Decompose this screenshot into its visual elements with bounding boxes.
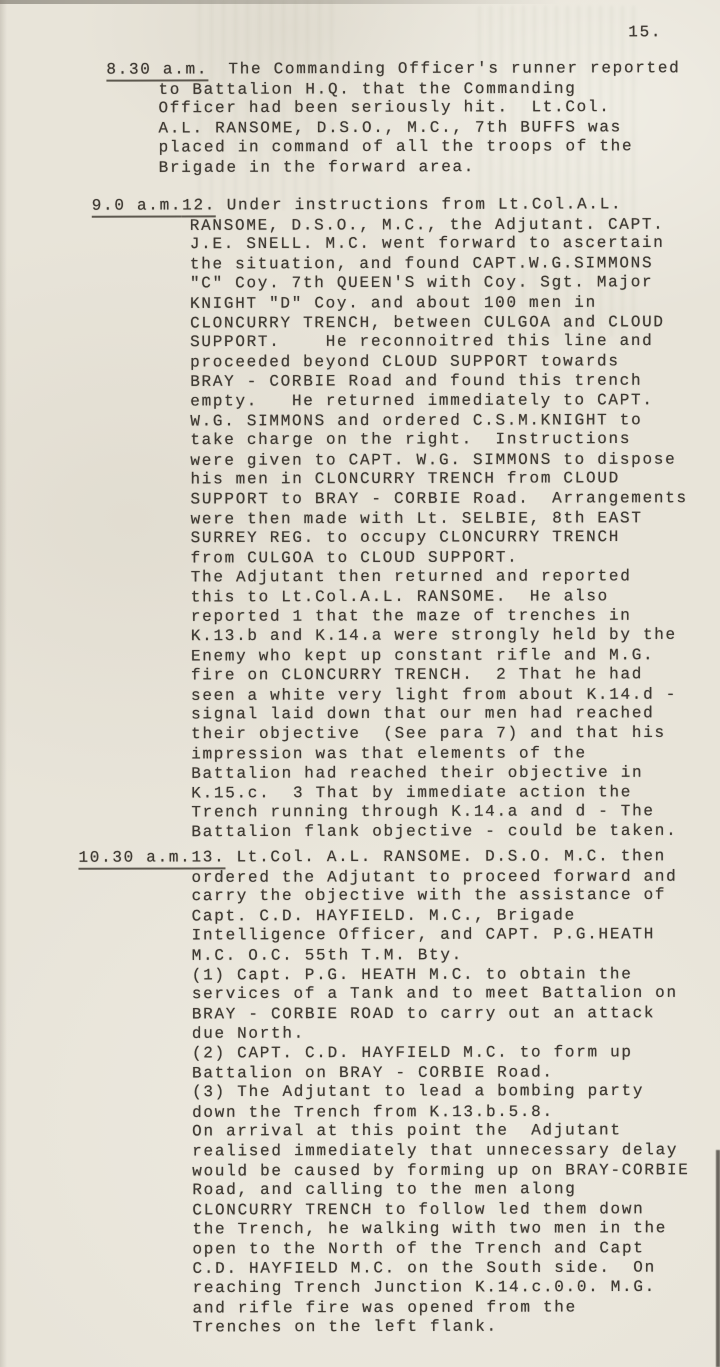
page-number: 15. [628,23,662,43]
entry-body: Under instructions from Lt.Col.A.L.RANSO… [190,195,720,843]
text-line: CLONCURRY TRENCH to follow led them down [192,1200,720,1221]
text-line: (2) CAPT. C.D. HAYFIELD M.C. to form up [192,1043,720,1064]
diary-entry: 10.30 a.m.13. Lt.Col. A.L. RANSOME. D.S.… [0,847,720,1339]
text-line: carry the objective with the assistance … [192,886,720,907]
text-line: SUPPORT. He reconnoitred this line and [190,332,719,353]
text-line: realised immediately that unnecessary de… [192,1141,720,1162]
text-line: empty. He returned immediately to CAPT. [190,391,719,412]
entry-para-number: 12. [182,196,216,217]
text-line: Battalion on BRAY - CORBIE Road. [192,1063,720,1084]
diary-entry: 8.30 a.m. The Commanding Officer's runne… [0,59,719,178]
text-line: reported 1 that the maze of trenches in [191,607,720,628]
text-line: and rifle fire was opened from the [193,1298,720,1319]
text-line: Under instructions from Lt.Col.A.L. [190,195,719,216]
text-line: Battalion flank objective - could be tak… [191,822,720,843]
typewritten-content: 15. 8.30 a.m. The Commanding Officer's r… [0,0,720,1367]
text-line: BRAY - CORBIE ROAD to carry out an attac… [192,1004,720,1025]
text-line: signal laid down that our men had reache… [191,704,720,725]
text-line: reaching Trench Junction K.14.c.0.0. M.G… [193,1278,720,1299]
text-line: The Adjutant then returned and reported [191,567,720,588]
text-line: SURREY REG. to occupy CLONCURRY TRENCH [191,528,720,549]
text-line: ordered the Adjutant to proceed forward … [191,867,720,888]
text-line: the situation, and found CAPT.W.G.SIMMON… [190,254,719,275]
text-line: (1) Capt. P.G. HEATH M.C. to obtain the [192,965,720,986]
text-line: Capt. C.D. HAYFIELD. M.C., Brigade [192,906,720,927]
text-line: M.C. O.C. 55th T.M. Bty. [192,945,720,966]
text-line: seen a white very light from about K.14.… [191,685,720,706]
text-line: were then made with Lt. SELBIE, 8th EAST [191,509,720,530]
text-line: would be caused by forming up on BRAY-CO… [192,1161,720,1182]
text-line: Road, and calling to the men along [192,1180,720,1201]
text-line: fire on CLONCURRY TRENCH. 2 That he had [191,665,720,686]
text-line: W.G. SIMMONS and ordered C.S.M.KNIGHT to [190,411,719,432]
entry-time: 10.30 a.m. [78,848,191,869]
text-line: Battalion had reached their objective in [191,764,720,785]
text-line: BRAY - CORBIE Road and found this trench [190,372,719,393]
entry-body: The Commanding Officer's runner reported… [158,59,718,178]
text-line: "C" Coy. 7th QUEEN'S with Coy. Sgt. Majo… [190,273,719,294]
text-line: Enemy who kept up constant rifle and M.G… [191,646,720,667]
text-line: The Commanding Officer's runner reported [158,59,718,80]
document-page: 15. 8.30 a.m. The Commanding Officer's r… [0,0,720,1367]
text-line: were given to CAPT. W.G. SIMMONS to disp… [190,450,719,471]
entry-time-label: 10.30 a.m.13. [78,848,225,868]
entry-time: 8.30 a.m. [106,60,208,81]
text-line: to Battalion H.Q. that the Commanding [158,79,718,100]
text-line: Trench running through K.14.a and d - Th… [191,802,720,823]
text-line: Officer had been seriously hit. Lt.Col. [158,98,718,119]
text-line: placed in command of all the troops of t… [159,137,719,158]
text-line: down the Trench from K.13.b.5.8. [192,1102,720,1123]
text-line: due North. [192,1024,720,1045]
text-line: open to the North of the Trench and Capt [192,1239,720,1260]
text-line: K.13.b and K.14.a were strongly held by … [191,626,720,647]
entry-time-label: 8.30 a.m. [106,60,208,80]
text-line: proceeded beyond CLOUD SUPPORT towards [190,352,719,373]
text-line: C.D. HAYFIELD M.C. on the South side. On [193,1259,720,1280]
entry-body: Lt.Col. A.L. RANSOME. D.S.O. M.C. thenor… [191,847,720,1338]
text-line: their objective (See para 7) and that hi… [191,724,720,745]
text-line: from CULGOA to CLOUD SUPPORT. [191,548,720,569]
text-line: RANSOME, D.S.O., M.C., the Adjutant. CAP… [190,215,719,236]
text-line: impression was that elements of the [191,744,720,765]
text-line: A.L. RANSOME, D.S.O., M.C., 7th BUFFS wa… [159,118,719,139]
text-line: Intelligence Officer, and CAPT. P.G.HEAT… [192,925,720,946]
entry-time: 9.0 a.m. [92,196,182,217]
text-line: On arrival at this point the Adjutant [192,1121,720,1142]
text-line: (3) The Adjutant to lead a bombing party [192,1082,720,1103]
entry-para-number: 13. [191,848,225,869]
text-line: KNIGHT "D" Coy. and about 100 men in [190,293,719,314]
text-line: SUPPORT to BRAY - CORBIE Road. Arrangeme… [190,489,719,510]
text-line: Lt.Col. A.L. RANSOME. D.S.O. M.C. then [191,847,720,868]
text-line: this to Lt.Col.A.L. RANSOME. He also [191,587,720,608]
text-line: CLONCURRY TRENCH, between CULGOA and CLO… [190,313,719,334]
entry-time-label: 9.0 a.m.12. [92,196,216,216]
text-line: his men in CLONCURRY TRENCH from CLOUD [190,469,719,490]
text-line: services of a Tank and to meet Battalion… [192,984,720,1005]
text-line: Brigade in the forward area. [159,157,719,178]
text-line: take charge on the right. Instructions [190,430,719,451]
diary-entry: 9.0 a.m.12. Under instructions from Lt.C… [0,195,720,843]
text-line: Trenches on the left flank. [193,1317,720,1338]
text-line: K.15.c. 3 That by immediate action the [191,783,720,804]
text-line: J.E. SNELL. M.C. went forward to ascerta… [190,234,719,255]
text-line: the Trench, he walking with two men in t… [192,1219,720,1240]
